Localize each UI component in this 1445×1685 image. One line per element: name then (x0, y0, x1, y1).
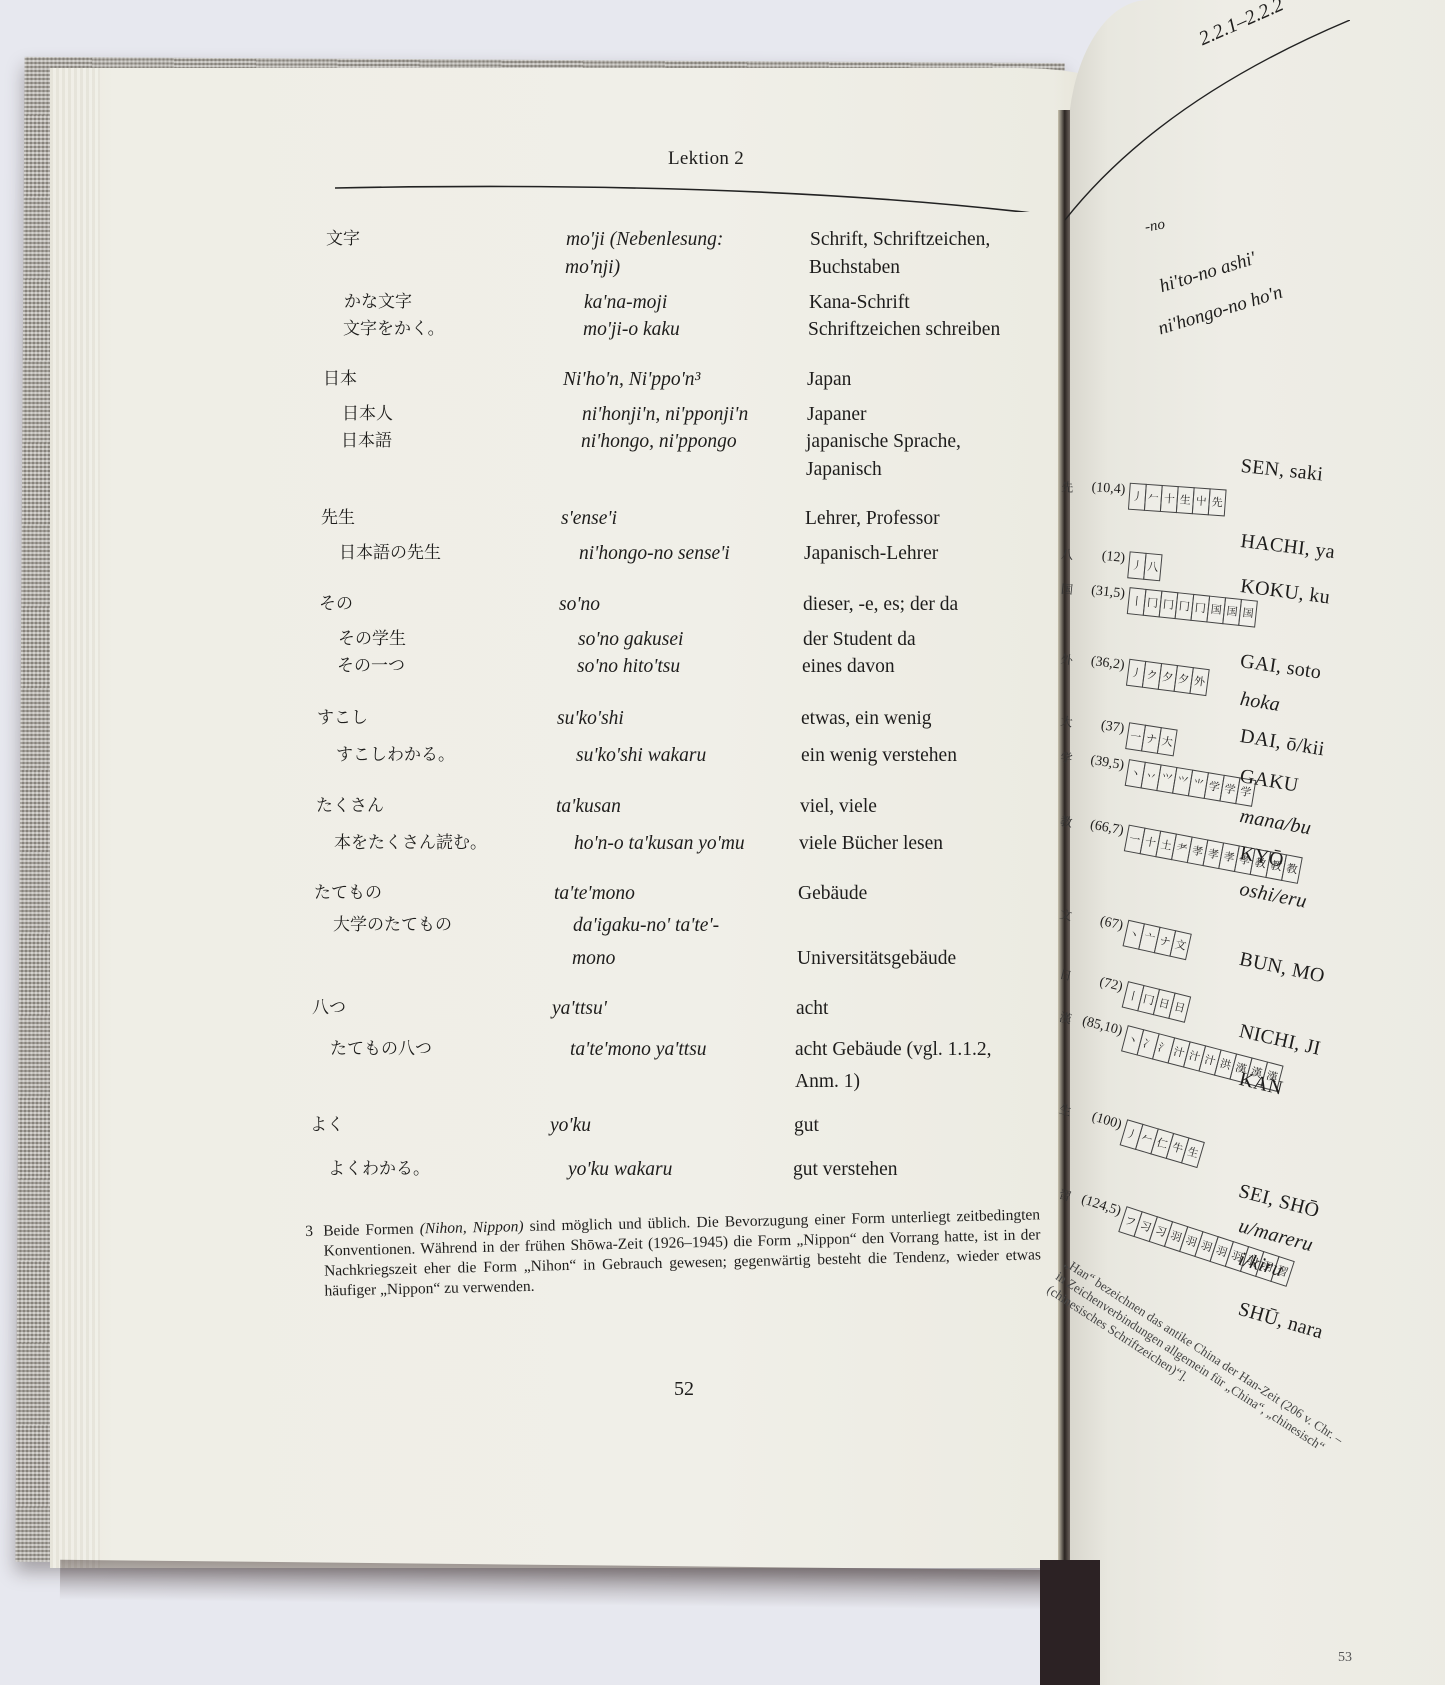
kanji-character: 八 (1060, 545, 1080, 564)
entry-romaji: so'no (559, 591, 600, 618)
entry-german: Japaner (807, 401, 867, 428)
page-number: 52 (674, 1378, 694, 1401)
entry-german: viele Bücher lesen (799, 830, 943, 857)
kanji-ref-number: (10,4) (1079, 479, 1126, 498)
entry-japanese: 八つ (312, 995, 346, 1022)
running-head-text: Lektion 2 (668, 148, 744, 170)
entry-german: Universitätsgebäude (797, 945, 956, 972)
entry-german: Buchstaben (809, 254, 900, 281)
entry-romaji: su'ko'shi (557, 705, 624, 732)
entry-romaji: s'ense'i (561, 505, 617, 532)
header-rule (335, 182, 1040, 212)
entry-romaji: ni'honji'n, ni'pponji'n (582, 401, 748, 428)
entry-german: Japan (807, 366, 851, 393)
stroke-box: 国 (1238, 599, 1258, 628)
entry-japanese: 日本語 (341, 428, 392, 455)
entry-german: Schriftzeichen schreiben (808, 316, 1000, 343)
entry-german: viel, viele (800, 793, 877, 820)
entry-german: eines davon (802, 653, 895, 680)
entry-japanese: その一つ (337, 653, 405, 680)
entry-german: Schrift, Schriftzeichen, (810, 226, 990, 253)
kanji-character: 国 (1060, 580, 1080, 599)
entry-german: ein wenig verstehen (801, 742, 957, 769)
footnote: 3 Beide Formen (Nihon, Nippon) sind mögl… (305, 1205, 1042, 1302)
footnote-italic: (Nihon, Nippon) (420, 1218, 524, 1237)
entry-japanese: 先生 (321, 505, 355, 532)
entry-japanese: すこし (317, 705, 368, 732)
entry-japanese: 日本人 (342, 401, 393, 428)
entry-german: Gebäude (798, 880, 867, 907)
footnote-text: Beide Formen (Nihon, Nippon) sind möglic… (323, 1205, 1042, 1301)
entry-romaji: mo'nji) (565, 254, 620, 281)
entry-romaji: mo'ji (Nebenlesung: (566, 226, 723, 253)
entry-romaji: da'igaku-no' ta'te'- (573, 912, 719, 939)
page-edges (50, 68, 100, 1568)
kanji-character: 先 (1061, 478, 1080, 496)
entry-japanese: たくさん (316, 793, 384, 820)
kanji-ref-number: (31,5) (1078, 582, 1125, 603)
entry-romaji: so'no hito'tsu (577, 653, 680, 680)
footnote-number: 3 (305, 1222, 313, 1242)
entry-japanese: すこしわかる。 (336, 742, 455, 769)
entry-japanese: よくわかる。 (328, 1156, 430, 1183)
entry-romaji: Ni'ho'n, Ni'ppo'n³ (563, 366, 700, 393)
entry-german: Japanisch-Lehrer (804, 540, 938, 567)
stroke-box: 八 (1143, 553, 1162, 581)
entry-japanese: 大学のたてもの (333, 912, 452, 939)
entry-japanese: 本をたくさん読む。 (334, 830, 487, 857)
entry-japanese: その (319, 591, 353, 618)
entry-japanese: 日本 (323, 366, 357, 393)
entry-romaji: su'ko'shi wakaru (576, 742, 706, 769)
kanji-ref-number: (12) (1078, 547, 1125, 567)
entry-german: japanische Sprache, (806, 428, 961, 455)
footnote-text-start: Beide Formen (323, 1220, 420, 1239)
entry-german: acht Gebäude (vgl. 1.1.2, (795, 1036, 992, 1063)
entry-german: Lehrer, Professor (805, 505, 940, 532)
book-gutter (1058, 110, 1070, 1580)
entry-japanese: たてもの (314, 880, 382, 907)
stroke-box: 大 (1157, 727, 1178, 756)
entry-german: Kana-Schrift (809, 289, 910, 316)
entry-romaji: ya'ttsu' (552, 995, 607, 1022)
entry-japanese: その学生 (338, 626, 406, 653)
entry-german: Japanisch (806, 456, 882, 483)
entry-romaji: yo'ku wakaru (568, 1156, 672, 1183)
right-page-number: 53 (1338, 1650, 1352, 1666)
entry-japanese: よく (310, 1112, 344, 1139)
book-gap-shadow (1040, 1560, 1100, 1685)
entry-german: gut (794, 1112, 819, 1139)
entry-romaji: ho'n-o ta'kusan yo'mu (574, 830, 745, 857)
stroke-box: 外 (1189, 667, 1209, 696)
entry-romaji: yo'ku (550, 1112, 591, 1139)
entry-german: dieser, -e, es; der da (803, 591, 958, 618)
entry-romaji: mo'ji-o kaku (583, 316, 680, 343)
particle-label: -no (1144, 216, 1167, 236)
entry-japanese: 文字 (326, 226, 360, 253)
entry-german: der Student da (803, 626, 916, 653)
entry-german: etwas, ein wenig (801, 705, 932, 732)
kanji-character: 外 (1060, 650, 1080, 669)
stroke-order-grid: 丿𠂉十生屮先 (1128, 483, 1225, 516)
entry-romaji: ka'na-moji (584, 289, 667, 316)
right-header-rule (1060, 20, 1350, 240)
entry-japanese: 日本語の先生 (339, 540, 441, 567)
entry-romaji: ni'hongo, ni'ppongo (581, 428, 737, 455)
entry-japanese: 文字をかく。 (343, 316, 445, 343)
entry-romaji: so'no gakusei (578, 626, 683, 653)
entry-german: Anm. 1) (795, 1068, 860, 1095)
stroke-box: 先 (1208, 488, 1227, 516)
entry-german: gut verstehen (793, 1156, 898, 1183)
entry-german: acht (796, 995, 828, 1022)
entry-romaji: ta'te'mono ya'ttsu (570, 1036, 707, 1063)
entry-japanese: たてもの八つ (330, 1036, 432, 1063)
entry-romaji: ta'kusan (556, 793, 621, 820)
entry-romaji: ni'hongo-no sense'i (579, 540, 730, 567)
entry-romaji: mono (572, 945, 615, 972)
entry-romaji: ta'te'mono (554, 880, 635, 907)
entry-japanese: かな文字 (344, 289, 412, 316)
